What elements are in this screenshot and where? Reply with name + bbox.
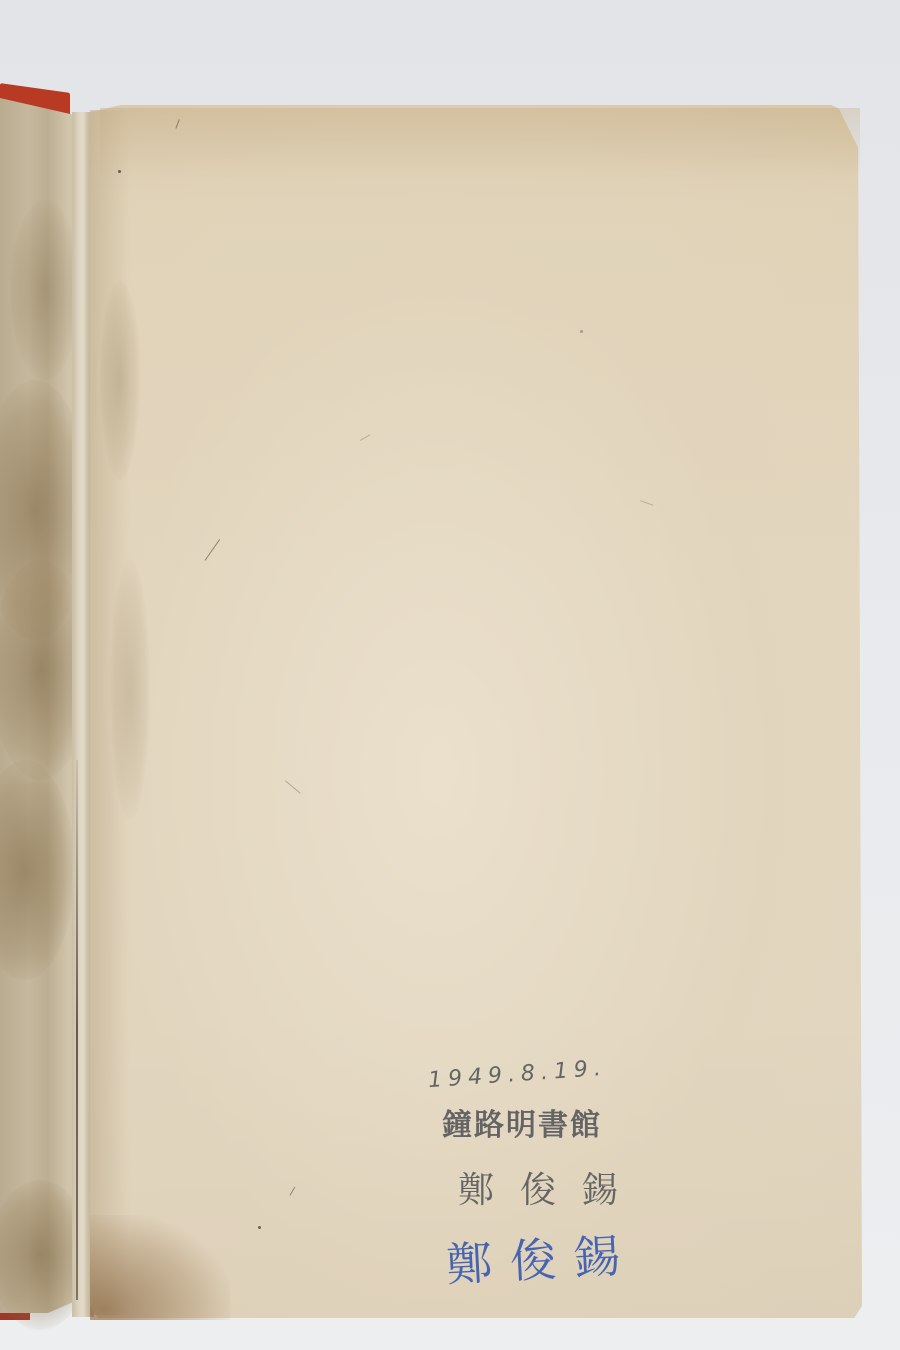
paper-speck	[580, 330, 583, 333]
inscription-name-blue-ink: 鄭俊錫	[444, 1219, 639, 1295]
page-stain	[100, 280, 140, 480]
water-stain	[10, 200, 80, 380]
paper-speck	[258, 1226, 261, 1229]
paper-speck	[118, 170, 121, 173]
inscription-name-pencil: 鄭俊錫	[458, 1162, 644, 1213]
inscription-library: 鐘路明書館	[442, 1100, 602, 1144]
bottom-corner-stain	[90, 1215, 230, 1320]
page-stain	[110, 560, 150, 820]
gutter-crack	[76, 760, 78, 1300]
page-top-discoloration	[100, 108, 860, 178]
